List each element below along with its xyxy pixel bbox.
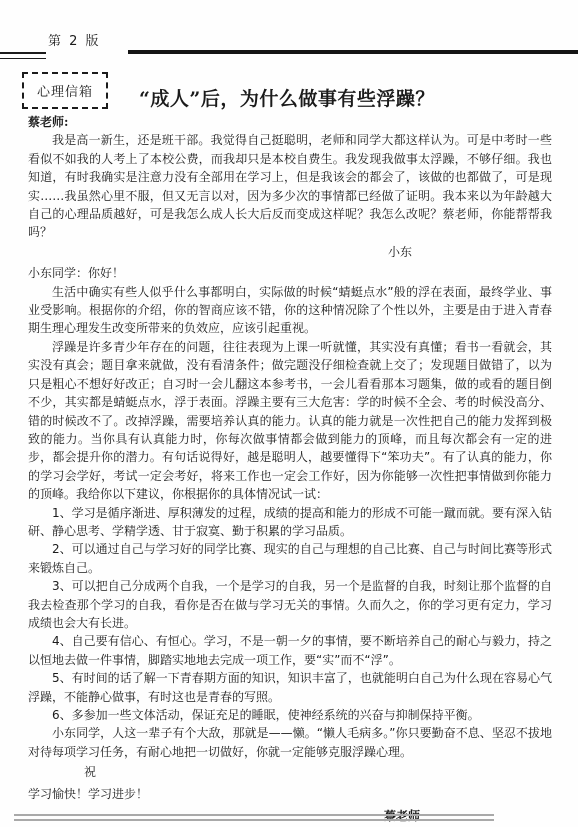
- column-badge: 心理信箱: [22, 72, 108, 109]
- suggestion-item-4: 4、自己要有信心、有恒心。学习，不是一朝一夕的事情，要不断培养自己的耐心与毅力，…: [28, 632, 552, 669]
- article-content: 蔡老师: 我是高一新生，还是班干部。我觉得自己挺聪明，老师和同学大都这样认为。可…: [28, 113, 552, 825]
- reply-closing: 小东同学，人这一辈子有个大敌，那就是——懒。“懒人毛病多。”你只要勤奋不息、坚忍…: [28, 724, 552, 761]
- letter-signature: 小东: [28, 243, 552, 261]
- newspaper-page: 第 2 版 心理信箱 “成人”后，为什么做事有些浮躁？ 蔡老师: 我是高一新生，…: [0, 0, 578, 827]
- bottom-double-rule: [14, 814, 494, 821]
- reply-paragraph-2: 浮躁是许多青少年存在的问题，往往表现为上课一听就懂，其实没有真懂；看书一看就会，…: [28, 338, 552, 504]
- wish-prefix: 祝: [84, 763, 552, 781]
- reply-greeting: 小东同学：你好！: [28, 264, 552, 282]
- suggestion-item-2: 2、可以通过自己与学习好的同学比赛、现实的自己与理想的自己比赛、自己与时间比赛等…: [28, 540, 552, 577]
- left-double-rule: [0, 52, 46, 59]
- page-number: 第 2 版: [48, 30, 101, 49]
- reply-paragraph-1: 生活中确实有些人似乎什么事都明白，实际做的时候“蜻蜓点水”般的浮在表面，最终学业…: [28, 283, 552, 338]
- letter-body: 我是高一新生，还是班干部。我觉得自己挺聪明，老师和同学大都这样认为。可是中考时一…: [28, 131, 552, 241]
- suggestion-item-1: 1、学习是循序渐进、厚积薄发的过程，成绩的提高和能力的形成不可能一蹴而就。要有深…: [28, 504, 552, 541]
- header-thick-rule: [128, 50, 578, 54]
- suggestion-item-3: 3、可以把自己分成两个自我，一个是学习的自我，另一个是监督的自我，时刻让那个监督…: [28, 577, 552, 632]
- reader-letter: 蔡老师: 我是高一新生，还是班干部。我觉得自己挺聪明，老师和同学大都这样认为。可…: [28, 113, 552, 261]
- suggestion-item-5: 5、有时间的话了解一下青春期方面的知识，知识丰富了，也就能明白自己为什么现在容易…: [28, 669, 552, 706]
- wish-line: 学习愉快！学习进步！: [28, 785, 552, 803]
- article-title: “成人”后，为什么做事有些浮躁？: [139, 84, 435, 111]
- suggestion-item-6: 6、多参加一些文体活动，保证充足的睡眠，使神经系统的兴奋与抑制保持平衡。: [28, 706, 552, 724]
- teacher-reply: 小东同学：你好！ 生活中确实有些人似乎什么事都明白，实际做的时候“蜻蜓点水”般的…: [28, 264, 552, 825]
- letter-salutation: 蔡老师:: [28, 113, 552, 131]
